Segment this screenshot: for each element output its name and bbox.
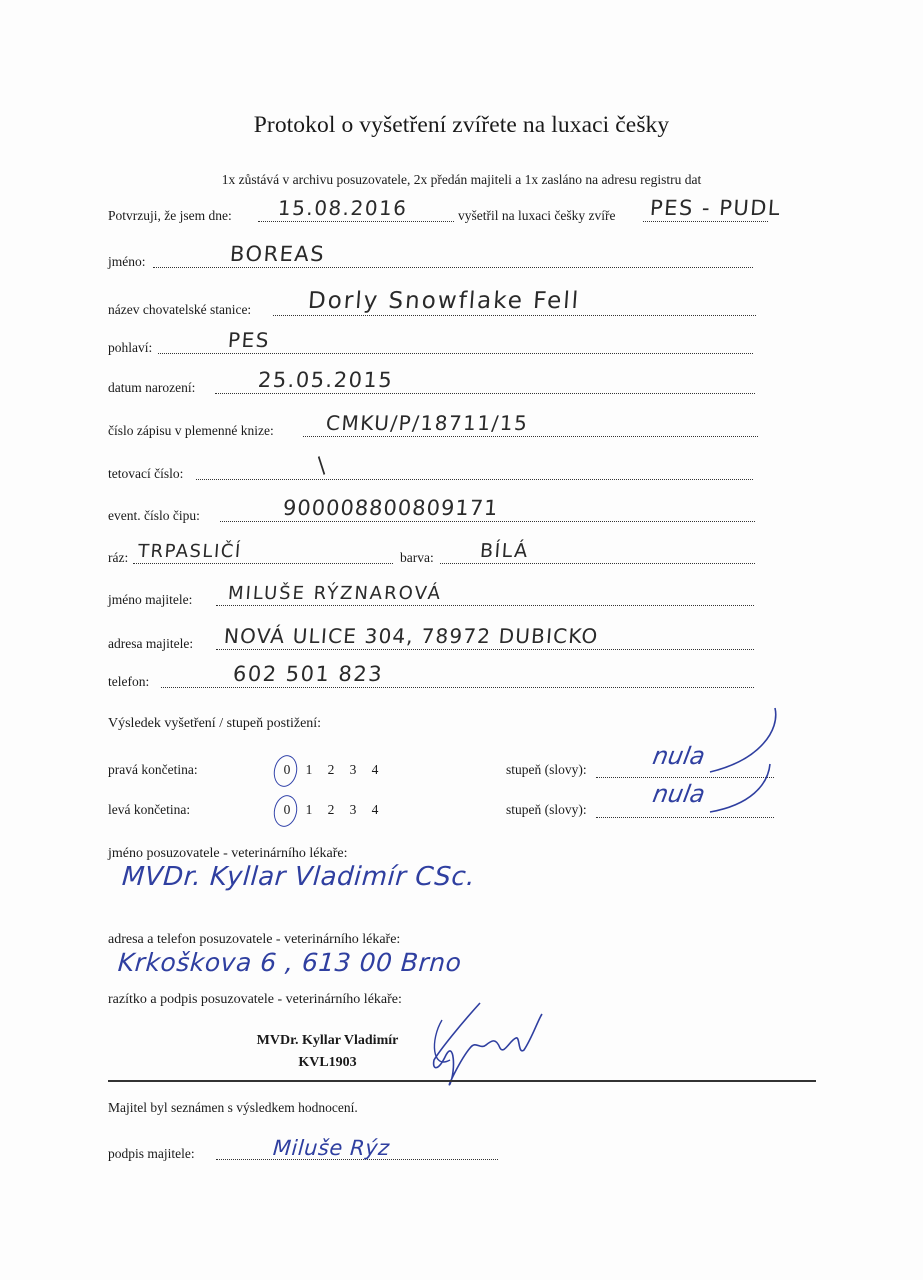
chip-dots	[220, 521, 755, 522]
date-dots	[258, 221, 454, 222]
field-tattoo: tetovací číslo: /	[108, 458, 758, 482]
vet-name-label: jméno posuzovatele - veterinárního lékař…	[108, 846, 347, 862]
right-score-2[interactable]: 2	[320, 762, 342, 778]
left-score-1[interactable]: 1	[298, 802, 320, 818]
chip-label: event. číslo čipu:	[108, 508, 200, 524]
vet-stamp-label: razítko a podpis posuzovatele - veteriná…	[108, 992, 402, 1008]
birth-date-dots	[215, 393, 755, 394]
right-score-4[interactable]: 4	[364, 762, 386, 778]
birth-date-label: datum narození:	[108, 380, 195, 396]
left-limb-label: levá končetina:	[108, 802, 190, 817]
left-score-3[interactable]: 3	[342, 802, 364, 818]
field-name: jméno: BOREAS	[108, 246, 758, 270]
name-field[interactable]: BOREAS	[229, 242, 326, 266]
owner-address-field[interactable]: NOVÁ ULICE 304, 78972 DUBICKO	[223, 624, 599, 648]
vet-address-field[interactable]: Krkoškova 6 , 613 00 Brno	[117, 948, 463, 977]
right-score-0[interactable]: 0	[276, 762, 298, 778]
field-breed-color: ráz: TRPASLIČÍ barva: BÍLÁ	[108, 542, 758, 566]
tattoo-label: tetovací číslo:	[108, 466, 183, 482]
field-birth-date: datum narození: 25.05.2015	[108, 372, 758, 396]
left-score-4[interactable]: 4	[364, 802, 386, 818]
left-degree-label: stupeň (slovy):	[506, 802, 587, 818]
kennel-label: název chovatelské stanice:	[108, 302, 251, 318]
owner-name-dots	[216, 605, 754, 606]
chip-field[interactable]: 900008800809171	[282, 496, 499, 520]
result-heading: Výsledek vyšetření / stupeň postižení:	[108, 716, 321, 732]
name-dots	[153, 267, 753, 268]
owner-ack-statement: Majitel byl seznámen s výsledkem hodnoce…	[108, 1100, 358, 1116]
protocol-page: Protokol o vyšetření zvířete na luxaci č…	[0, 0, 923, 1280]
owner-signature-field[interactable]: Miluše Rýz	[272, 1136, 390, 1160]
studbook-dots	[303, 436, 758, 437]
exam-animal-label: vyšetřil na luxaci češky zvíře	[458, 208, 615, 224]
right-limb-scores: 0 1 2 3 4	[276, 762, 386, 778]
tattoo-dots	[196, 479, 753, 480]
right-limb-label: pravá končetina:	[108, 762, 198, 777]
color-field[interactable]: BÍLÁ	[479, 540, 529, 562]
phone-dots	[161, 687, 754, 688]
field-sex: pohlaví: PES	[108, 332, 758, 356]
exam-row: Potvrzuji, že jsem dne: 15.08.2016 vyšet…	[108, 200, 788, 224]
handwriting-flourish-icon	[690, 700, 790, 830]
breed-type-field[interactable]: TRPASLIČÍ	[137, 541, 242, 562]
right-score-1[interactable]: 1	[298, 762, 320, 778]
owner-address-dots	[216, 649, 754, 650]
animal-dots	[643, 221, 768, 222]
document-title: Protokol o vyšetření zvířete na luxaci č…	[0, 112, 923, 139]
left-limb-row: levá končetina: 0 1 2 3 4 stupeň (slovy)…	[108, 802, 788, 824]
studbook-label: číslo zápisu v plemenné knize:	[108, 423, 274, 439]
phone-field[interactable]: 602 501 823	[232, 662, 384, 686]
color-dots	[440, 563, 755, 564]
right-score-3[interactable]: 3	[342, 762, 364, 778]
vet-signature-icon	[420, 1000, 560, 1090]
name-label: jméno:	[108, 254, 146, 270]
owner-name-field[interactable]: MILUŠE RÝZNAROVÁ	[227, 583, 442, 604]
owner-address-label: adresa majitele:	[108, 636, 193, 652]
field-studbook: číslo zápisu v plemenné knize: CMKU/P/18…	[108, 415, 763, 439]
breed-type-label: ráz:	[108, 550, 128, 566]
vet-name-field[interactable]: MVDr. Kyllar Vladimír CSc.	[121, 862, 476, 892]
kennel-dots	[273, 315, 756, 316]
right-degree-label: stupeň (slovy):	[506, 762, 587, 778]
field-owner-name: jméno majitele: MILUŠE RÝZNAROVÁ	[108, 584, 758, 608]
exam-date-label: Potvrzuji, že jsem dne:	[108, 208, 232, 224]
owner-signature-row: podpis majitele: Miluše Rýz	[108, 1138, 500, 1162]
left-limb-scores: 0 1 2 3 4	[276, 802, 386, 818]
kennel-field[interactable]: Dorly Snowflake Fell	[307, 288, 581, 314]
color-label: barva:	[400, 550, 434, 566]
exam-date-field[interactable]: 15.08.2016	[277, 196, 408, 220]
birth-date-field[interactable]: 25.05.2015	[257, 368, 394, 392]
separator-line	[108, 1080, 816, 1082]
field-chip: event. číslo čipu: 900008800809171	[108, 500, 758, 524]
owner-signature-label: podpis majitele:	[108, 1146, 195, 1162]
owner-name-label: jméno majitele:	[108, 592, 192, 608]
field-owner-address: adresa majitele: NOVÁ ULICE 304, 78972 D…	[108, 624, 758, 652]
breed-type-dots	[133, 563, 393, 564]
field-kennel: název chovatelské stanice: Dorly Snowfla…	[108, 290, 760, 318]
sex-label: pohlaví:	[108, 340, 152, 356]
left-score-0[interactable]: 0	[276, 802, 298, 818]
vet-address-label: adresa a telefon posuzovatele - veteriná…	[108, 932, 400, 948]
sex-dots	[158, 353, 753, 354]
tattoo-field[interactable]: /	[312, 453, 334, 479]
document-subtitle: 1x zůstává v archivu posuzovatele, 2x př…	[0, 172, 923, 188]
exam-animal-field[interactable]: PES - PUDL	[649, 196, 782, 220]
sex-field[interactable]: PES	[227, 328, 271, 352]
field-phone: telefon: 602 501 823	[108, 664, 758, 690]
phone-label: telefon:	[108, 674, 149, 690]
studbook-field[interactable]: CMKU/P/18711/15	[325, 411, 529, 435]
left-score-2[interactable]: 2	[320, 802, 342, 818]
